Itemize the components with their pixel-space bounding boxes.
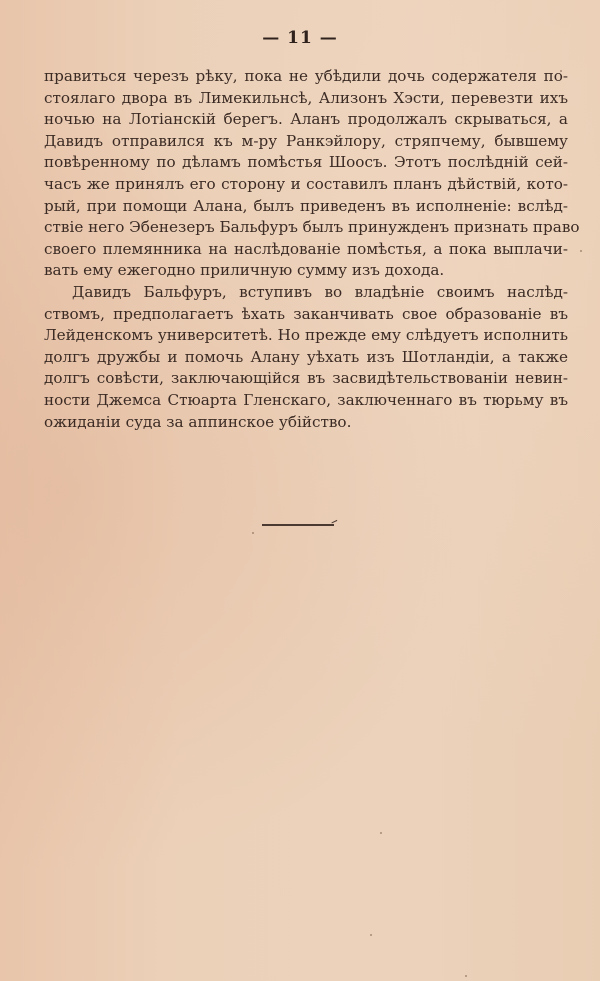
body-text: правиться черезъ рѣку, пока не убѣдили д… xyxy=(44,66,568,433)
text-line: Давидъ отправился къ м-ру Ранкэйлору, ст… xyxy=(44,131,568,153)
text-line: рый, при помощи Алана, былъ приведенъ въ… xyxy=(44,196,568,218)
page-number: — 11 — xyxy=(0,28,600,48)
paper-speck xyxy=(370,934,372,936)
paper-speck xyxy=(580,250,582,252)
text-line: часъ же принялъ его сторону и составилъ … xyxy=(44,174,568,196)
text-line: ности Джемса Стюарта Гленскаго, заключен… xyxy=(44,390,568,412)
paragraph-1: правиться черезъ рѣку, пока не убѣдили д… xyxy=(44,66,568,282)
text-line: своего племянника на наслѣдованіе помѣст… xyxy=(44,239,568,261)
paper-speck xyxy=(465,975,467,977)
text-line: вать ему ежегодно приличную сумму изъ до… xyxy=(44,260,568,282)
text-line: Давидъ Бальфуръ, вступивъ во владѣніе св… xyxy=(44,282,568,304)
text-line: долгъ совѣсти, заключающійся въ засвидѣт… xyxy=(44,368,568,390)
section-divider xyxy=(262,524,334,526)
text-line: Лейденскомъ университетѣ. Но прежде ему … xyxy=(44,325,568,347)
text-line: ночью на Лотіанскій берегъ. Аланъ продол… xyxy=(44,109,568,131)
paper-speck xyxy=(560,70,562,72)
paper-speck xyxy=(252,532,254,534)
text-line: повѣренному по дѣламъ помѣстья Шоосъ. Эт… xyxy=(44,152,568,174)
text-line: ожиданіи суда за аппинское убійство. xyxy=(44,412,568,434)
paper-speck xyxy=(380,832,382,834)
text-line: стоялаго двора въ Лимекильнсѣ, Ализонъ Х… xyxy=(44,88,568,110)
text-line: ствомъ, предполагаетъ ѣхать заканчивать … xyxy=(44,304,568,326)
paragraph-2: Давидъ Бальфуръ, вступивъ во владѣніе св… xyxy=(44,282,568,433)
text-line: ствіе него Эбенезеръ Бальфуръ былъ прину… xyxy=(44,217,568,239)
text-line: правиться черезъ рѣку, пока не убѣдили д… xyxy=(44,66,568,88)
text-line: долгъ дружбы и помочь Алану уѣхать изъ Ш… xyxy=(44,347,568,369)
